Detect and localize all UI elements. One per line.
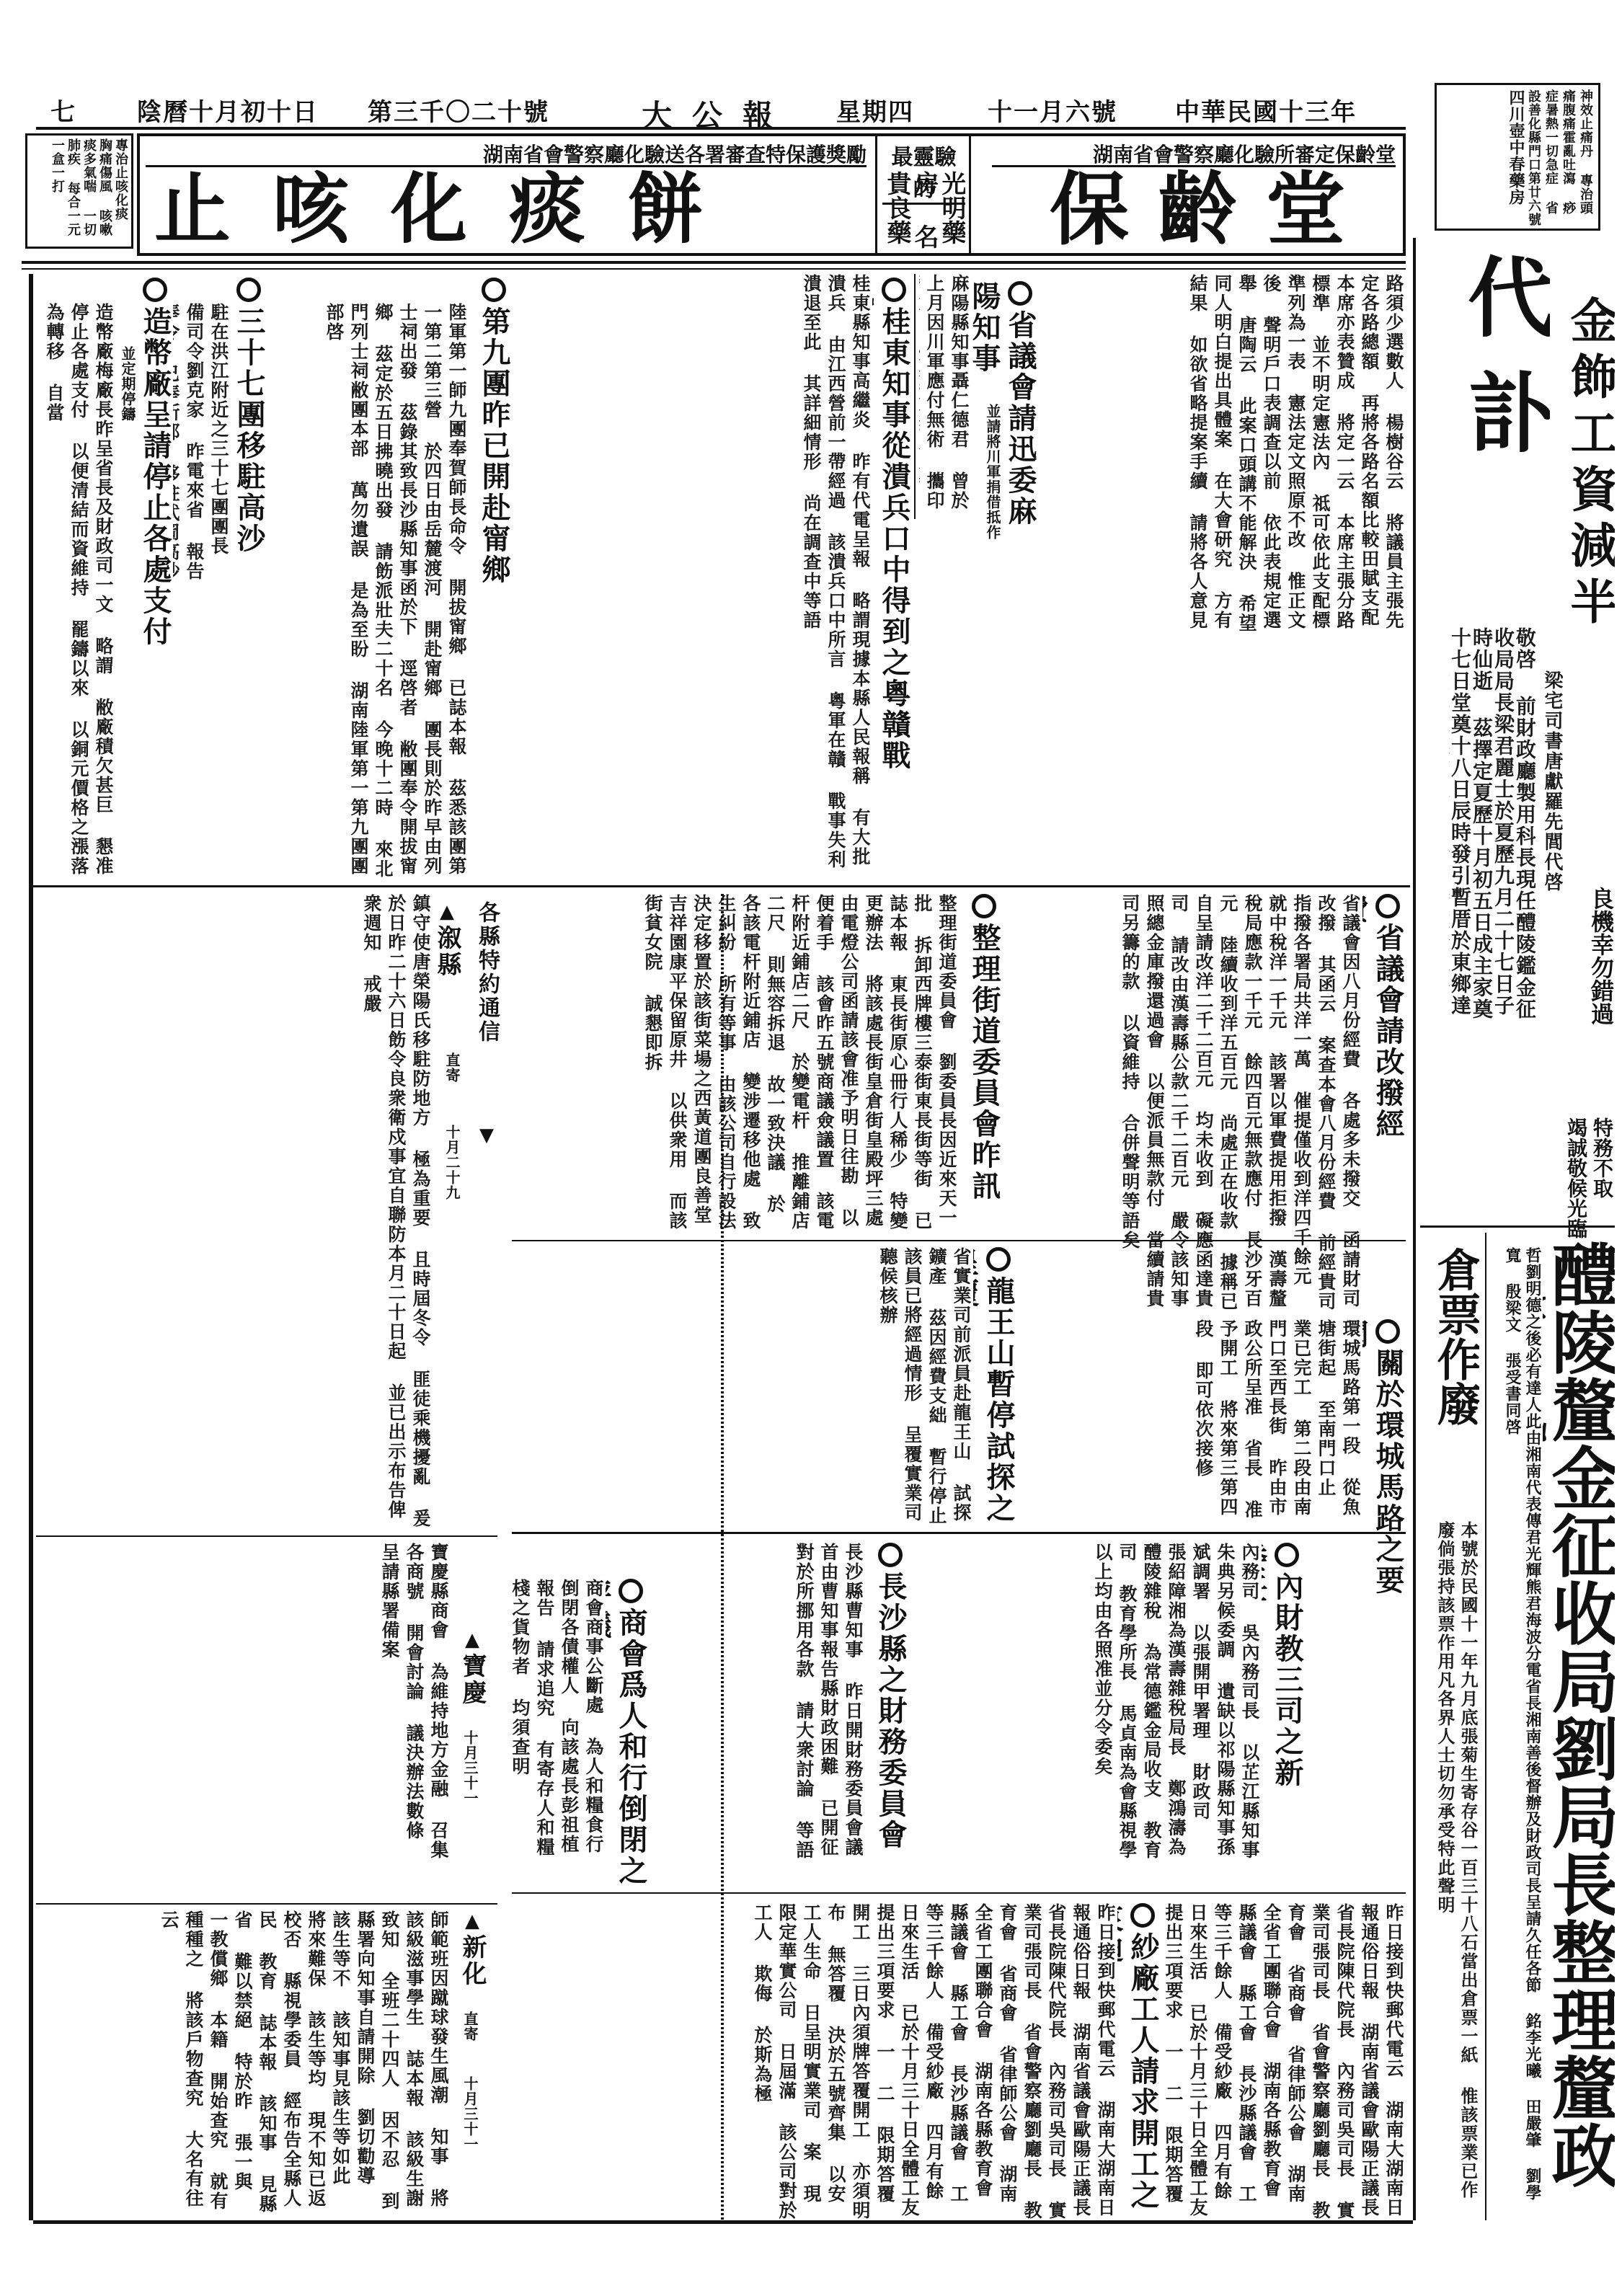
circle-bullet-icon bbox=[1008, 281, 1032, 306]
jewelry-ad: 金飾工資減半 良機幸勿錯過 特務不取 竭誠敬候光臨 bbox=[1550, 238, 1615, 1247]
issue-number: 第三千〇二十號 bbox=[368, 92, 549, 128]
masthead-rule bbox=[36, 127, 1406, 130]
warehouse-receipt-notice: 倉票作廢 本號於民國十一年九月底張菊生寄存谷一百三十八石當出倉票一紙 惟該票業已… bbox=[1420, 1233, 1486, 2220]
headline-text: 紗廠工人請求開工之哀迫 bbox=[1117, 1903, 1159, 2211]
county-baoqing-body: 寶慶縣商會 為維持地方金融 召集各商號 開會討論 議決辦法數條 呈請縣署備案 bbox=[36, 1543, 451, 1874]
weekday: 星期四 bbox=[836, 92, 914, 128]
headline-37th-regiment: 三十七團移駐高沙 bbox=[231, 278, 267, 566]
pharmacy-ad-box: 神效止痛丹 專治頭痛腹痛霍亂吐瀉 痧症暑熱一切急症 省設善化縣門口第廿六號 四川… bbox=[1435, 83, 1600, 231]
triangle-down-icon: ▼ bbox=[469, 1125, 497, 1146]
article-longwangshan-body: 省實業司前派員赴龍王山 試探鑛產 茲因經費支絀 暫行停止 該員已將經過情形 呈覆… bbox=[728, 1247, 973, 1528]
column-divider bbox=[914, 274, 916, 519]
headline-text: 省議會請改撥經費 bbox=[1362, 894, 1404, 1140]
article-mayang-body: 麻陽縣知事聶仁德君 曾於上月因川軍應付無術 攜印潛遁 以致縣政無人主持 該 bbox=[919, 274, 971, 519]
row-divider-3 bbox=[512, 1532, 1406, 1534]
row-divider-1 bbox=[33, 885, 1410, 887]
circle-bullet-icon bbox=[882, 278, 906, 302]
pharmacy-ad-text: 神效止痛丹 專治頭痛腹痛霍亂吐瀉 痧症暑熱一切急症 省設善化縣門口第廿六號 四川… bbox=[1439, 89, 1594, 226]
liling-tax-bureau-ad: 醴陵釐金征收局劉局長整理釐政之可風 哲劉明德之後必有達人此由湘南代表傳君光輝熊君… bbox=[1489, 1233, 1615, 2220]
article-mill-workers-continued: 昨日接到快郵代電云 湖南大湖南日報通俗日報 湖南省議會歐陽正議長 省長院陳代院長… bbox=[1161, 1903, 1406, 2220]
triangle-up-icon: ▲ bbox=[436, 901, 458, 925]
left-border bbox=[29, 274, 33, 2220]
liling-ad-title: 醴陵釐金征收局劉局長整理釐政之可風 bbox=[1543, 1240, 1615, 2206]
article-mint-body: 造幣廠梅廠長昨呈省長及財政司一文 略謂 敝廠積欠甚巨 懇准停止各處支付 以便清結… bbox=[36, 303, 115, 879]
headline-three-departments: 內財教三司之新委任 bbox=[1262, 1543, 1305, 1817]
masthead: 七 陰曆十月初十日 第三千〇二十號 大公報 星期四 十一月六號 中華民國十三年 bbox=[7, 92, 1413, 128]
county-source: 直寄 bbox=[458, 2011, 479, 2069]
article-37th-regiment-body: 駐在洪江附近之三十七團團長 備司令劉克家 昨電來省 報告奉令 已奉所部 移駐武岡… bbox=[173, 303, 231, 591]
headline-text: 龍王山暫停試探之呈覆 bbox=[973, 1247, 1015, 1524]
wavy-column-divider bbox=[721, 894, 724, 2220]
circle-bullet-icon bbox=[1275, 1543, 1299, 1567]
headline-assembly-funds: 省議會請改撥經費 bbox=[1362, 894, 1406, 1146]
article-assembly-funds-body: 省議會因八月份經費 各處多未撥交 函請財司改撥 其函云 案查本會八月份經費 前經… bbox=[1002, 894, 1362, 1312]
article-assembly-election-body: 路須少選數人 楊樹谷云 將議員主張先定各路總額 再將各路名額比較田賦支配 本席亦… bbox=[1189, 274, 1406, 649]
article-changsha-finance-body: 長沙縣曹知事 昨日開財務委員會議 首由曹知事報告縣財政困難 已開征 對於所挪用各… bbox=[728, 1543, 865, 1860]
headline-ring-road: 關於環城馬路之要聞 bbox=[1362, 1319, 1406, 1608]
county-date: 十月三十一 bbox=[458, 1730, 479, 1838]
top-section-rule-thin bbox=[22, 268, 1406, 270]
county-name: 寶慶 bbox=[458, 1653, 487, 1706]
small-ad-text: 專治止咳化痰 胸痛傷風 咳嗽痰多氣喘 一切肺疾 每合一元 一盒一打 bbox=[27, 138, 128, 247]
county-baoqing-name: ▲寶慶 bbox=[454, 1629, 490, 1723]
jewelry-ad-note: 特務不取 竭誠敬候光臨 bbox=[1557, 1117, 1615, 1240]
county-news-title: 各縣特約通信 bbox=[469, 901, 505, 1117]
article-chamber-renhe-body: 商會商事公斷處 為人和糧食行倒閉各債權人 向該處長彭祖植報告 請求追究 有寄存人… bbox=[512, 1579, 606, 1860]
circle-bullet-icon bbox=[1375, 894, 1400, 918]
county-xu: ▲溆縣 bbox=[433, 901, 465, 1045]
circle-bullet-icon bbox=[482, 278, 506, 302]
article-mill-workers-body: 昨日接到快郵代電云 湖南大湖南日報通俗日報 湖南省議會歐陽正議長 省長院陳代院長… bbox=[728, 1903, 1117, 2220]
right-column-divider bbox=[1413, 238, 1416, 2220]
product-name: 止咳化痰餅 bbox=[154, 168, 745, 252]
county-name: 新化 bbox=[458, 1934, 487, 1987]
banner-divider bbox=[969, 136, 971, 253]
headline-text: 第九團昨已開赴甯鄉 bbox=[477, 306, 510, 585]
lunar-date: 陰曆十月初十日 bbox=[137, 92, 319, 128]
county-name: 溆縣 bbox=[433, 925, 461, 978]
article-street-committee-body: 整理街道委員會 劉委員長因近來天一批 拆卸西牌樓三泰街東長街等街 已誌本報 東長… bbox=[512, 894, 959, 1233]
store-name-baolingtang: 保齡堂 bbox=[1050, 168, 1374, 252]
county-xu-body: 鎮守使唐榮陽氏移駐防地方 極為重要 且時屆冬令 匪徒乘機擾亂 爰於日昨二十六日飭… bbox=[36, 894, 433, 1528]
circle-bullet-icon bbox=[1130, 1903, 1155, 1928]
warehouse-notice-title: 倉票作廢 bbox=[1429, 1247, 1479, 1507]
county-xinhua-name: ▲新化 bbox=[454, 1910, 490, 2004]
county-date: 十月二十九 bbox=[440, 1125, 461, 1233]
triangle-up-icon: ▲ bbox=[461, 1629, 483, 1653]
circle-bullet-icon bbox=[972, 894, 996, 918]
newspaper-page: 七 陰曆十月初十日 第三千〇二十號 大公報 星期四 十一月六號 中華民國十三年 … bbox=[7, 0, 1615, 2296]
article-ninth-regiment-body: 陸軍第一師九團奉賀師長命令 開拔甯鄉 已誌本報 茲悉該團第一第二第三營 於四日由… bbox=[267, 303, 469, 879]
headline-ninth-regiment: 第九團昨已開赴甯鄉 bbox=[469, 278, 512, 638]
row-divider-4 bbox=[512, 1892, 1406, 1894]
headline-guidong: 桂東知事從潰兵口中得到之粵贛戰訊 bbox=[872, 278, 912, 775]
banner-divider bbox=[875, 136, 877, 253]
article-three-departments-body: 內務司 吳內務司長 以芷江縣知事朱典另候委調 遺缺以祁陽縣知事孫斌調署 以張開甲… bbox=[995, 1543, 1262, 1860]
pharmacy-ad-name: 四川壺中春藥房 bbox=[1507, 89, 1525, 205]
headline-text: 關於環城馬路之要聞 bbox=[1362, 1319, 1404, 1596]
jewelry-ad-title: 金飾工資減半 bbox=[1557, 296, 1615, 872]
headline-text: 長沙縣之財務委員會 bbox=[874, 1572, 907, 1850]
obituary-body: 敬啓 前財政廳製用科長現任醴陵鑑金征收局局長梁君麗士於夏歷九月二十七日子時仙逝 … bbox=[1449, 627, 1535, 1031]
cough-remedy-small-ad: 專治止咳化痰 胸痛傷風 咳嗽痰多氣喘 一切肺疾 每合一元 一盒一打 bbox=[25, 133, 133, 249]
top-section-rule bbox=[22, 261, 1406, 264]
triangle-up-icon: ▲ bbox=[461, 1910, 483, 1934]
article-guidong-body: 桂東縣知事高繼炎 昨有代電呈報 略謂現據本縣人民報稱 有大批潰兵 由江西營前一帶… bbox=[519, 274, 872, 879]
banner-middle-lines: 光明藥房 名貴良藥 bbox=[882, 171, 965, 252]
headline-text: 三十七團移駐高沙 bbox=[232, 306, 265, 554]
circle-bullet-icon bbox=[878, 1543, 903, 1567]
row-divider-2a bbox=[512, 1240, 1406, 1241]
jewelry-ad-subtitle: 良機幸勿錯過 bbox=[1557, 887, 1615, 1103]
liling-ad-body: 哲劉明德之後必有達人此由湘南代表傳君光輝熊君海波分電省長湘南善後督辦及財政司長呈… bbox=[1492, 1247, 1543, 2206]
county-source: 直寄 bbox=[440, 1052, 461, 1110]
headline-text: 造幣廠呈請停止各處支付 bbox=[138, 306, 172, 647]
headline-text: 商會爲人和行倒閉之評議 bbox=[606, 1579, 647, 1887]
county-date: 十月三十一 bbox=[458, 2076, 479, 2184]
page-bottom-rule bbox=[33, 2220, 1413, 2224]
article-ring-road-body: 環城馬路第一段 從魚塘街起 至南門口止 業已完工 第二段由南門口至西長街 昨由市… bbox=[1016, 1319, 1362, 1528]
pharmacy-ad-line: 神效止痛丹 bbox=[1578, 89, 1593, 158]
headline-text: 整理街道委員會昨訊 bbox=[967, 923, 1001, 1202]
subheadline-mayang: 並請將川軍捐借抵作 bbox=[973, 404, 1002, 548]
year: 中華民國十三年 bbox=[1175, 92, 1357, 128]
county-divider bbox=[36, 1535, 497, 1537]
circle-bullet-icon bbox=[986, 1247, 1011, 1272]
county-divider bbox=[36, 1903, 497, 1905]
headline-street-committee: 整理街道委員會昨訊 bbox=[959, 894, 1002, 1233]
warehouse-notice-body: 本號於民國十一年九月底張菊生寄存谷一百三十八石當出倉票一紙 惟該票業已作廢倘張持… bbox=[1429, 1521, 1479, 2206]
headline-text: 桂東知事從潰兵口中得到之粵贛戰訊 bbox=[872, 278, 910, 771]
circle-bullet-icon bbox=[1375, 1319, 1400, 1344]
circle-bullet-icon bbox=[619, 1579, 643, 1603]
issue-date: 十一月六號 bbox=[988, 92, 1117, 128]
headline-text: 內財教三司之新委任 bbox=[1262, 1543, 1303, 1789]
circle-bullet-icon bbox=[236, 278, 261, 302]
banner-ad: 湖南省會警察廳化驗所審定保齡堂 保齡堂 最靈驗的 光明藥房 名貴良藥 湖南省會警… bbox=[137, 133, 1406, 256]
headline-chamber-renhe: 商會爲人和行倒閉之評議 bbox=[606, 1579, 649, 1889]
obituary-title: 代訃 bbox=[1463, 252, 1550, 613]
headline-mint: 造幣廠呈請停止各處支付 bbox=[137, 278, 173, 746]
headline-changsha-finance: 長沙縣之財務委員會 bbox=[865, 1543, 908, 1853]
page-number: 七 bbox=[50, 92, 76, 128]
county-xinhua-body: 師範班因蹴球發生風潮 知事 將該級滋事學生 誌本報 該級生謝致知 全班二十四人 … bbox=[36, 1910, 451, 2220]
banner-subtitle: 湖南省會警察廳化驗送各署審查特保護獎勵 bbox=[146, 139, 867, 167]
subheadline-mint: 並定期停鑄 bbox=[115, 346, 137, 490]
circle-bullet-icon bbox=[143, 278, 167, 302]
notice-divider bbox=[1420, 1225, 1615, 1228]
headline-longwangshan: 龍王山暫停試探之呈覆 bbox=[973, 1247, 1016, 1535]
headline-mill-workers: 紗廠工人請求開工之哀迫 bbox=[1117, 1903, 1161, 2213]
